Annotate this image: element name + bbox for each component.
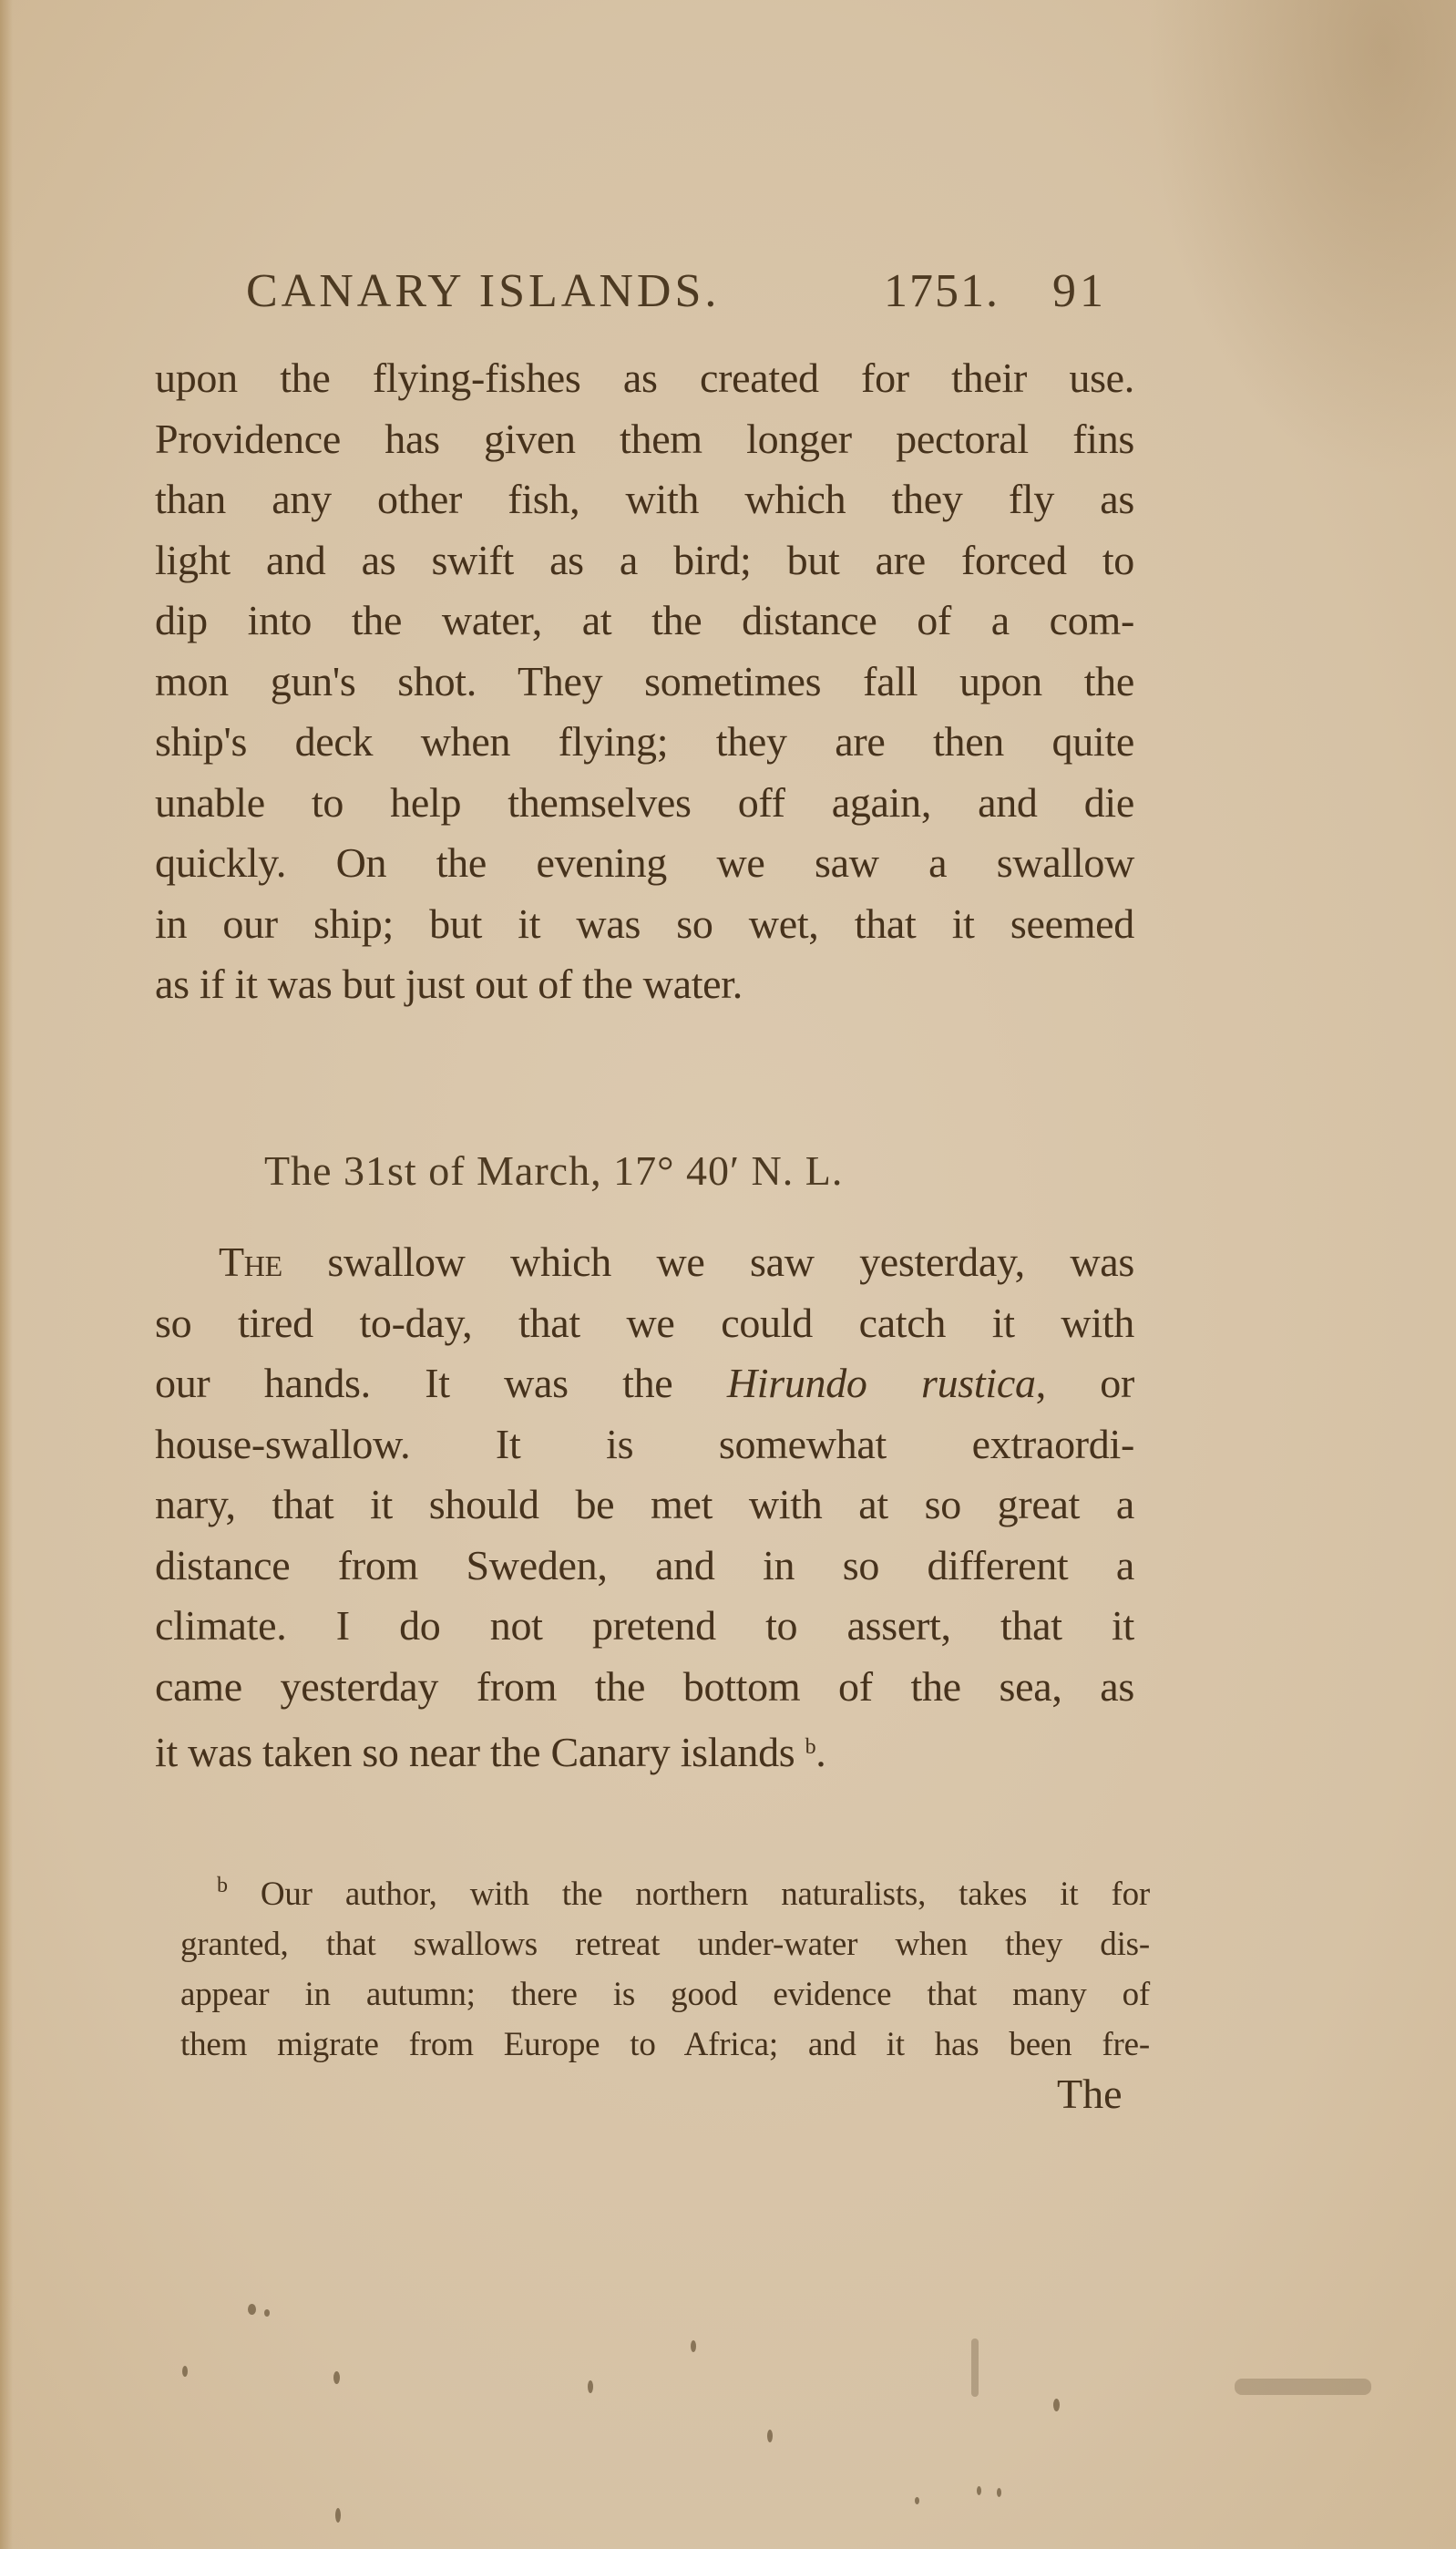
paragraph-flying-fish: upon the flying-fishes as created for th… <box>155 348 1134 1015</box>
text-line: it was taken so near the Canary islands … <box>155 1717 1134 1783</box>
text-line: came yesterday from the bottom of the se… <box>155 1657 1134 1718</box>
running-head-title: CANARY ISLANDS. <box>246 265 720 317</box>
text-line: house-swallow. It is somewhat extraordi- <box>155 1414 1134 1475</box>
book-page: CANARY ISLANDS. 1751. 91 upon the flying… <box>0 0 1456 2549</box>
page-number: 91 <box>1052 264 1107 319</box>
paper-speck <box>182 2366 188 2377</box>
drop-word: The <box>219 1239 282 1285</box>
paper-speck <box>997 2488 1001 2497</box>
text-line: distance from Sweden, and in so differen… <box>155 1536 1134 1597</box>
paper-speck <box>971 2338 979 2397</box>
paper-speck <box>588 2380 593 2393</box>
paper-speck <box>767 2430 773 2442</box>
text-line: ship's deck when flying; they are then q… <box>155 712 1134 773</box>
footnote-line: granted, that swallows retreat under-wat… <box>180 1919 1150 1969</box>
paper-speck <box>915 2497 919 2504</box>
text-line: quickly. On the evening we saw a swallow <box>155 833 1134 894</box>
paper-speck <box>264 2309 270 2317</box>
paper-speck <box>1053 2399 1060 2411</box>
text-line: so tired to-day, that we could catch it … <box>155 1293 1134 1354</box>
running-head-year: 1751. <box>884 264 1000 319</box>
paper-speck <box>691 2340 696 2352</box>
catchword: The <box>1057 2067 1123 2122</box>
text-line: climate. I do not pretend to assert, tha… <box>155 1596 1134 1657</box>
footnote-line: them migrate from Europe to Africa; and … <box>180 2020 1150 2070</box>
footnote-marker: b <box>217 1874 228 1897</box>
paper-speck <box>333 2371 340 2384</box>
text-line: Providence has given them longer pectora… <box>155 409 1134 470</box>
paper-speck <box>977 2486 981 2495</box>
text-line: our hands. It was the Hirundo rustica, o… <box>155 1353 1134 1414</box>
text-line: nary, that it should be met with at so g… <box>155 1475 1134 1536</box>
paper-speck <box>1235 2379 1371 2395</box>
text-line: The swallow which we saw yesterday, was <box>155 1232 1134 1293</box>
paragraph-swallow: The swallow which we saw yesterday, was … <box>155 1232 1134 1783</box>
text-line: dip into the water, at the distance of a… <box>155 591 1134 652</box>
paper-speck <box>335 2508 341 2523</box>
text-line: light and as swift as a bird; but are fo… <box>155 530 1134 591</box>
footnote-line: b Our author, with the northern naturali… <box>180 1861 1150 1919</box>
footnote-line: appear in autumn; there is good evidence… <box>180 1969 1150 2020</box>
text-line: unable to help themselves off again, and… <box>155 773 1134 834</box>
paper-speck <box>248 2304 256 2315</box>
date-subheading: The 31st of March, 17° 40′ N. L. <box>264 1144 843 1198</box>
footnote: b Our author, with the northern naturali… <box>180 1861 1150 2070</box>
running-head: CANARY ISLANDS. 1751. 91 <box>246 264 1139 319</box>
species-name: Hirundo rustica <box>727 1360 1036 1406</box>
text-line: than any other fish, with which they fly… <box>155 469 1134 530</box>
text-line: upon the flying-fishes as created for th… <box>155 348 1134 409</box>
page-gutter-shadow <box>0 0 13 2549</box>
text-line: mon gun's shot. They sometimes fall upon… <box>155 652 1134 713</box>
footnote-reference[interactable]: b <box>805 1735 816 1759</box>
text-line: in our ship; but it was so wet, that it … <box>155 894 1134 955</box>
text-line: as if it was but just out of the water. <box>155 954 1134 1015</box>
